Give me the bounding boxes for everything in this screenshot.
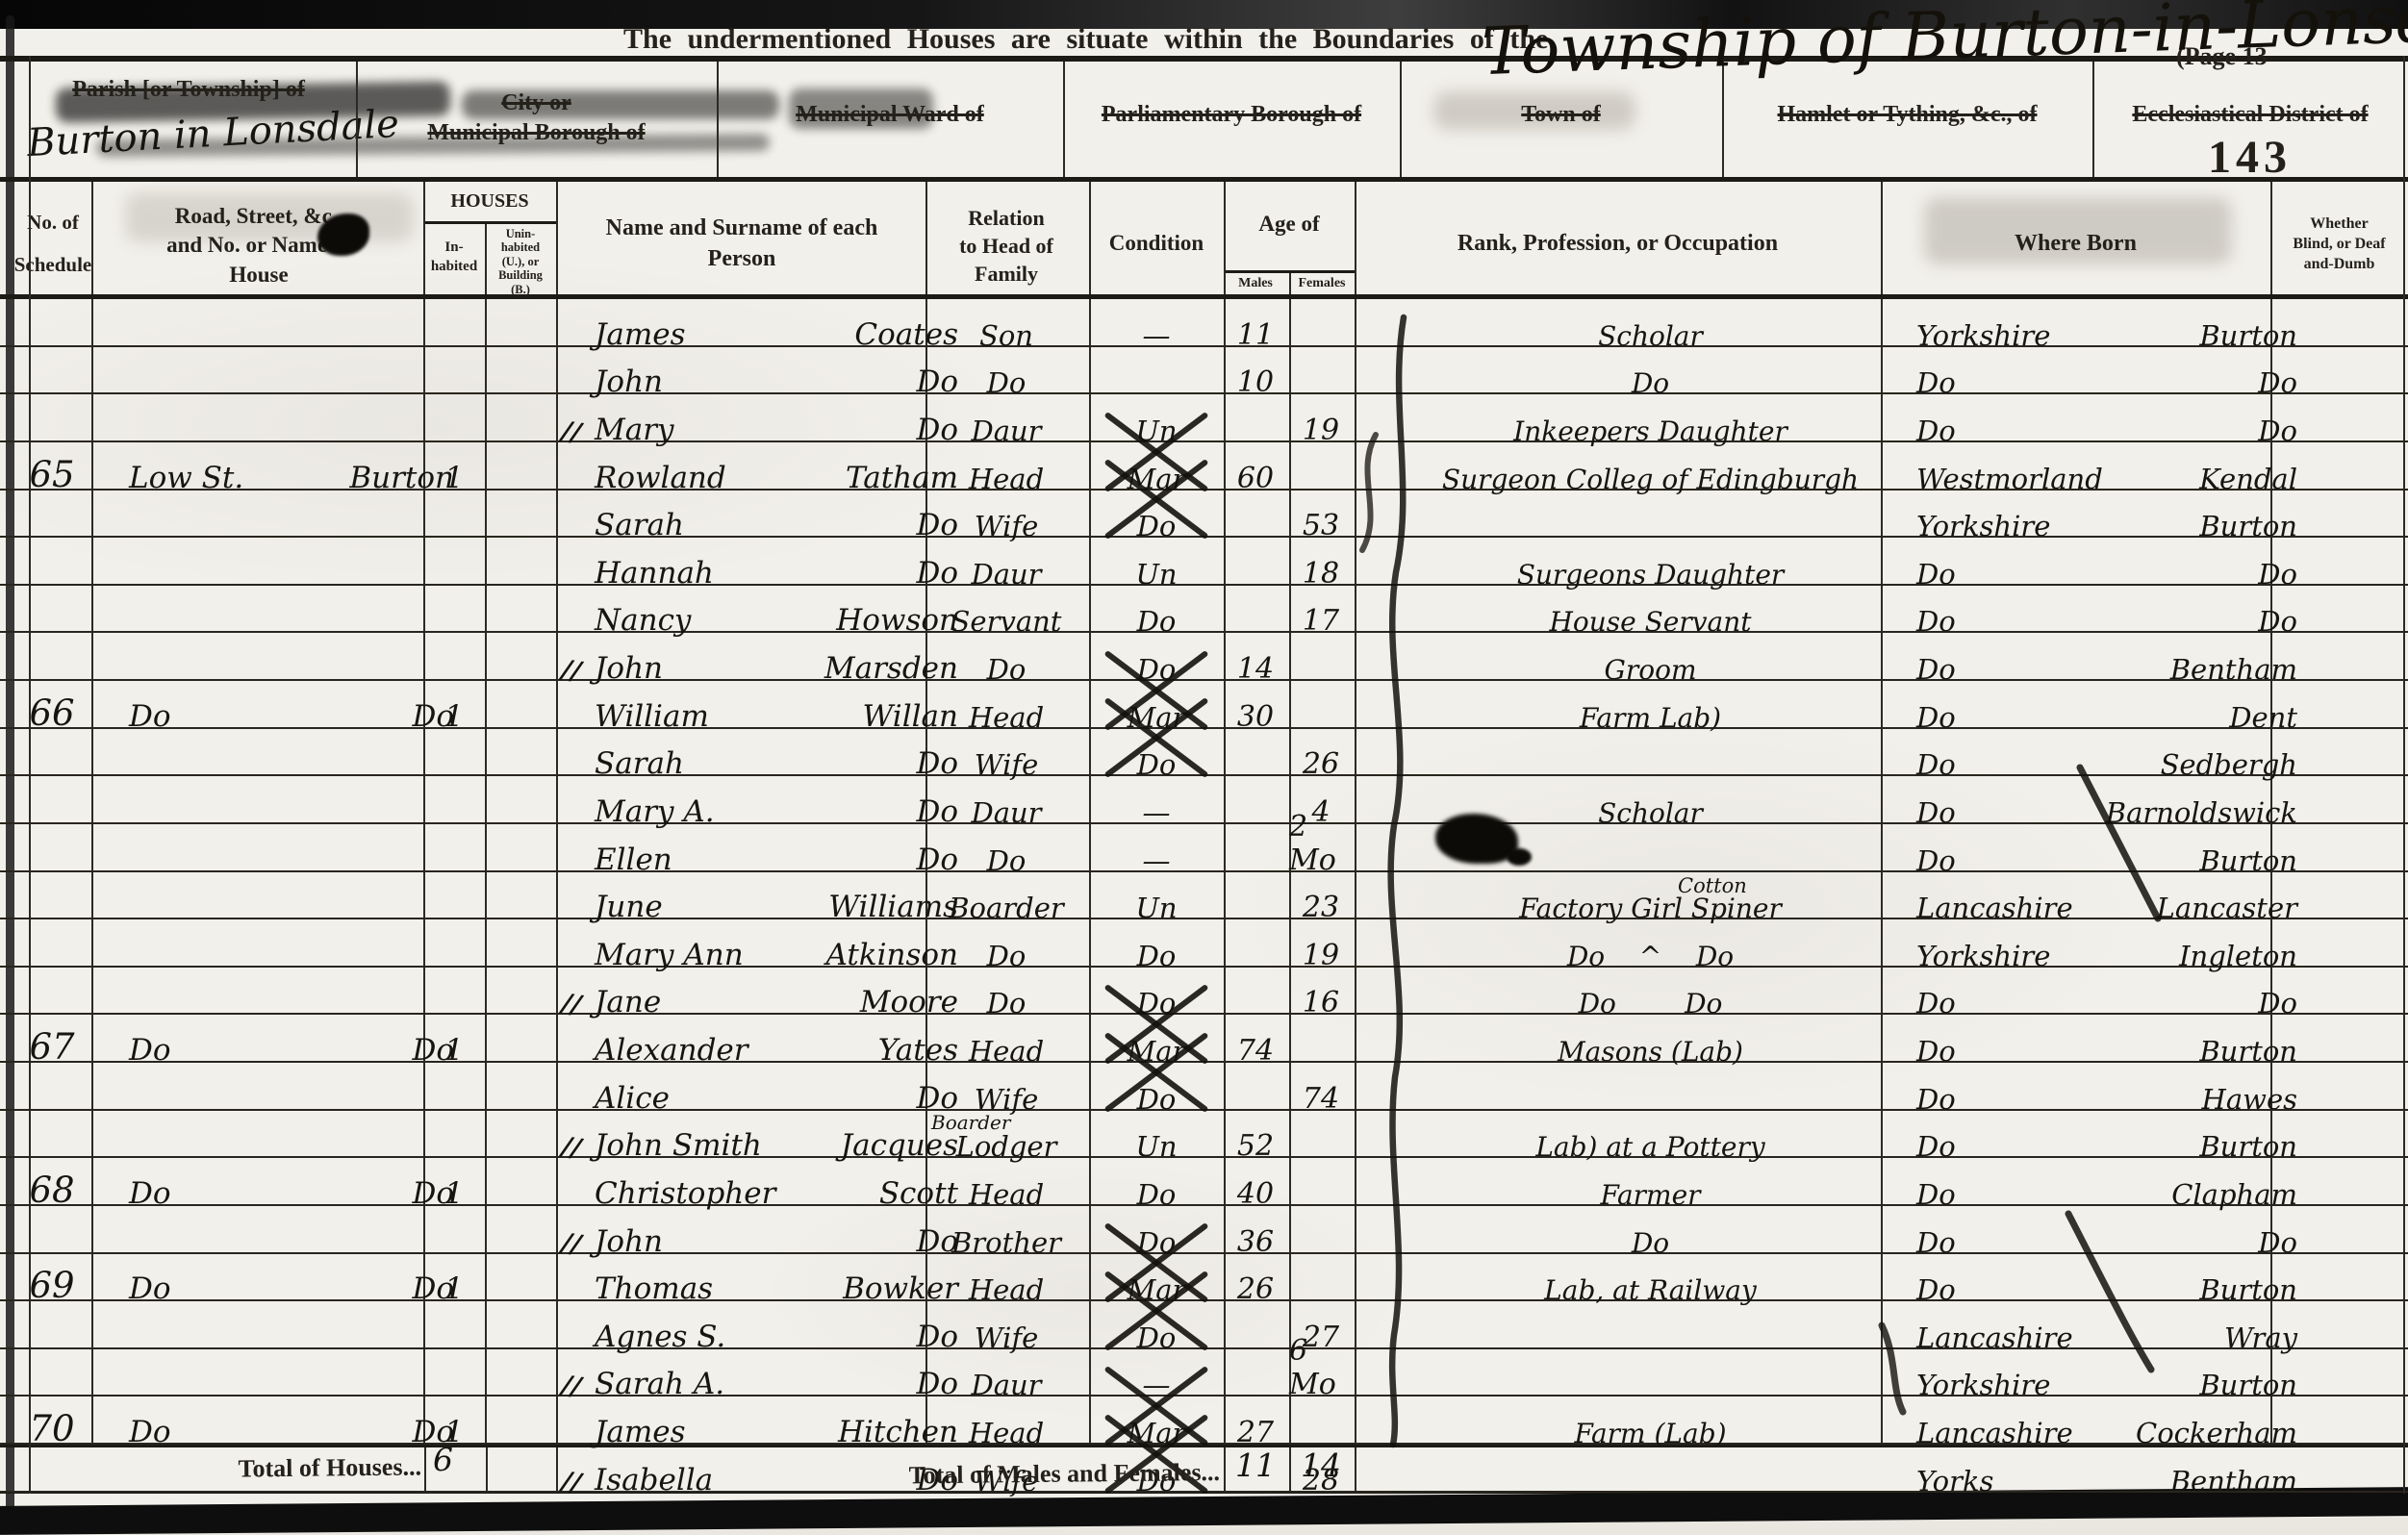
census-row: SarahDoWifeDo53YorkshireBurton <box>0 491 2408 539</box>
census-row: EllenDoDo—2 MoDoBurton <box>0 824 2408 872</box>
grid-line <box>2270 182 2272 294</box>
census-row: Agnes S.DoWifeDo27LancashireWray <box>0 1301 2408 1349</box>
col-blind: Whether Blind, or Deaf and-Dumb <box>2270 214 2408 274</box>
census-row: HannahDoDaurUn18Surgeons DaughterDoDo <box>0 538 2408 586</box>
col-label: In- <box>423 239 485 258</box>
col-label: to Head of <box>925 232 1087 260</box>
ecclesiastical-label: Ecclesiastical District of <box>2092 100 2408 130</box>
grid-line <box>485 224 487 294</box>
census-row: Mary AnnAtkinsonDoDo19Do ^ DoYorkshireIn… <box>0 919 2408 968</box>
col-label: Name and Surname of each <box>560 214 924 244</box>
col-label: Condition <box>1089 229 1224 258</box>
rule <box>423 221 556 224</box>
ink-blot <box>1507 848 1532 866</box>
rule <box>0 177 2408 182</box>
census-row: SarahDoWifeDo26DoSedbergh <box>0 729 2408 777</box>
birthplace: YorksBentham <box>1888 1465 2326 1497</box>
grid-line <box>1881 182 1883 294</box>
form-title: The undermentioned Houses are situate wi… <box>623 23 1548 56</box>
census-sheet: The undermentioned Houses are situate wi… <box>0 0 2408 1518</box>
birth-county: Yorks <box>1916 1465 1993 1497</box>
grid-line <box>717 62 719 177</box>
grid-line <box>424 1447 426 1491</box>
col-relation: Relation to Head of Family <box>925 204 1087 288</box>
grid-line <box>486 1447 488 1491</box>
col-condition: Condition <box>1089 229 1224 258</box>
col-label: and-Dumb <box>2270 254 2408 274</box>
grid-line <box>91 182 93 294</box>
schedule-number: 67 <box>13 1026 90 1068</box>
census-row: AliceDoWifeDo74DoHawes <box>0 1063 2408 1111</box>
grid-line <box>925 182 927 294</box>
col-label: Family <box>925 260 1087 288</box>
ward-label: Municipal Ward of <box>717 100 1063 130</box>
col-label: No. of <box>10 210 96 237</box>
ward-box: Municipal Ward of <box>717 62 1063 177</box>
borough-box: City or Municipal Borough of <box>356 62 717 177</box>
col-rank: Rank, Profession, or Occupation <box>1355 229 1881 260</box>
schedule-number: 65 <box>13 454 90 495</box>
parliamentary-box: Parliamentary Borough of <box>1063 62 1400 177</box>
col-label: Blind, or Deaf <box>2270 234 2408 254</box>
col-schedule: No. of Schedule <box>10 210 96 278</box>
grid-line <box>356 62 358 177</box>
col-label: Schedule <box>10 252 96 279</box>
grid-line <box>1224 1447 1226 1491</box>
col-label: HOUSES <box>423 189 556 214</box>
grid-line <box>1224 182 1226 294</box>
col-label: (U.), or <box>487 255 554 268</box>
parliamentary-label: Parliamentary Borough of <box>1063 100 1400 130</box>
birth-place: Bentham <box>2170 1465 2297 1497</box>
total-males-value: 11 <box>1235 1447 1276 1484</box>
col-name: Name and Surname of each Person <box>560 214 924 274</box>
col-label: Person <box>560 244 924 275</box>
grid-line <box>1355 182 1356 294</box>
parish-box: Parish [or Township] of Burton in Lonsda… <box>21 62 356 177</box>
grid-line <box>1400 62 1402 177</box>
census-row: NancyHowsonServantDo17House ServantDoDo <box>0 586 2408 634</box>
census-row: //John SmithJacquesBoarderLodgerUn52Lab)… <box>0 1111 2408 1159</box>
col-age: Age of <box>1224 210 1355 239</box>
census-rows: JamesCoatesSon—11ScholarYorkshireBurton … <box>0 299 2408 1493</box>
col-label: Road, Street, &c., <box>96 202 421 231</box>
grid-line <box>1089 182 1091 294</box>
name-first: Isabella <box>595 1463 713 1497</box>
borough-label-2: Municipal Borough of <box>356 118 717 148</box>
occupation-note: Cotton <box>1678 874 1747 897</box>
age-female: 2 Mo <box>1289 810 1353 877</box>
col-label: Unin- <box>487 227 554 240</box>
col-road: Road, Street, &c., and No. or Name of Ho… <box>96 202 421 289</box>
col-born: Where Born <box>1881 229 2270 260</box>
town-label: Town of <box>1400 100 1722 130</box>
census-row: Mary A.DoDaur—4ScholarDoBarnoldswick <box>0 776 2408 824</box>
borough-label-1: City or <box>356 88 717 118</box>
census-row: JohnDoDo10DoDoDo <box>0 347 2408 395</box>
col-males: Males <box>1224 275 1287 292</box>
col-label: Whether <box>2270 214 2408 234</box>
col-label: Building <box>487 268 554 282</box>
household-end-mark: // <box>560 1466 583 1497</box>
census-row: JamesCoatesSon—11ScholarYorkshireBurton <box>0 299 2408 347</box>
col-label: and No. or Name of <box>96 231 421 260</box>
col-houses: HOUSES <box>423 189 556 214</box>
col-label: Relation <box>925 204 1087 232</box>
schedule-number: 70 <box>13 1408 90 1449</box>
col-label: House <box>96 261 421 289</box>
col-label: habited <box>487 240 554 254</box>
parish-label: Parish [or Township] of <box>21 75 356 105</box>
col-label: Males <box>1224 275 1287 292</box>
page-number: 143 <box>2208 131 2292 184</box>
col-label: (B.) <box>487 283 554 296</box>
census-row: 68DoDo1ChristopherScottHeadDo40FarmerDoC… <box>0 1158 2408 1206</box>
col-label: Age of <box>1224 210 1355 239</box>
schedule-number: 66 <box>13 692 90 734</box>
col-females: Females <box>1289 275 1355 292</box>
col-label: Females <box>1289 275 1355 292</box>
total-houses-label: Total of Houses... <box>144 1452 421 1484</box>
grid-line <box>556 1447 558 1491</box>
grid-line <box>2092 62 2094 177</box>
census-row: JuneWilliamsBoarderUn23CottonFactory Gir… <box>0 872 2408 920</box>
schedule-number: 69 <box>13 1265 90 1306</box>
parish-value: Burton in Lonsdale <box>26 102 400 165</box>
schedule-number: 68 <box>13 1170 90 1211</box>
col-inhabited: In- habited <box>423 239 485 277</box>
grid-line <box>1289 273 1291 294</box>
col-label: Where Born <box>1881 229 2270 260</box>
total-houses-value: 6 <box>433 1441 453 1478</box>
col-label: habited <box>423 258 485 277</box>
relation-note: Boarder <box>931 1111 1010 1134</box>
total-females-value: 14 <box>1301 1447 1341 1484</box>
grid-line <box>1355 1447 1356 1491</box>
age-female: 6 Mo <box>1289 1334 1353 1401</box>
total-males-females-label: Total of Males and Females... <box>847 1458 1220 1491</box>
hamlet-label: Hamlet or Tything, &c., of <box>1722 100 2092 130</box>
col-label: Rank, Profession, or Occupation <box>1355 229 1881 260</box>
grid-line <box>1063 62 1065 177</box>
col-uninhabited: Unin- habited (U.), or Building (B.) <box>487 227 554 296</box>
grid-line <box>1289 1447 1291 1491</box>
grid-line <box>423 182 425 294</box>
grid-line <box>556 182 558 294</box>
